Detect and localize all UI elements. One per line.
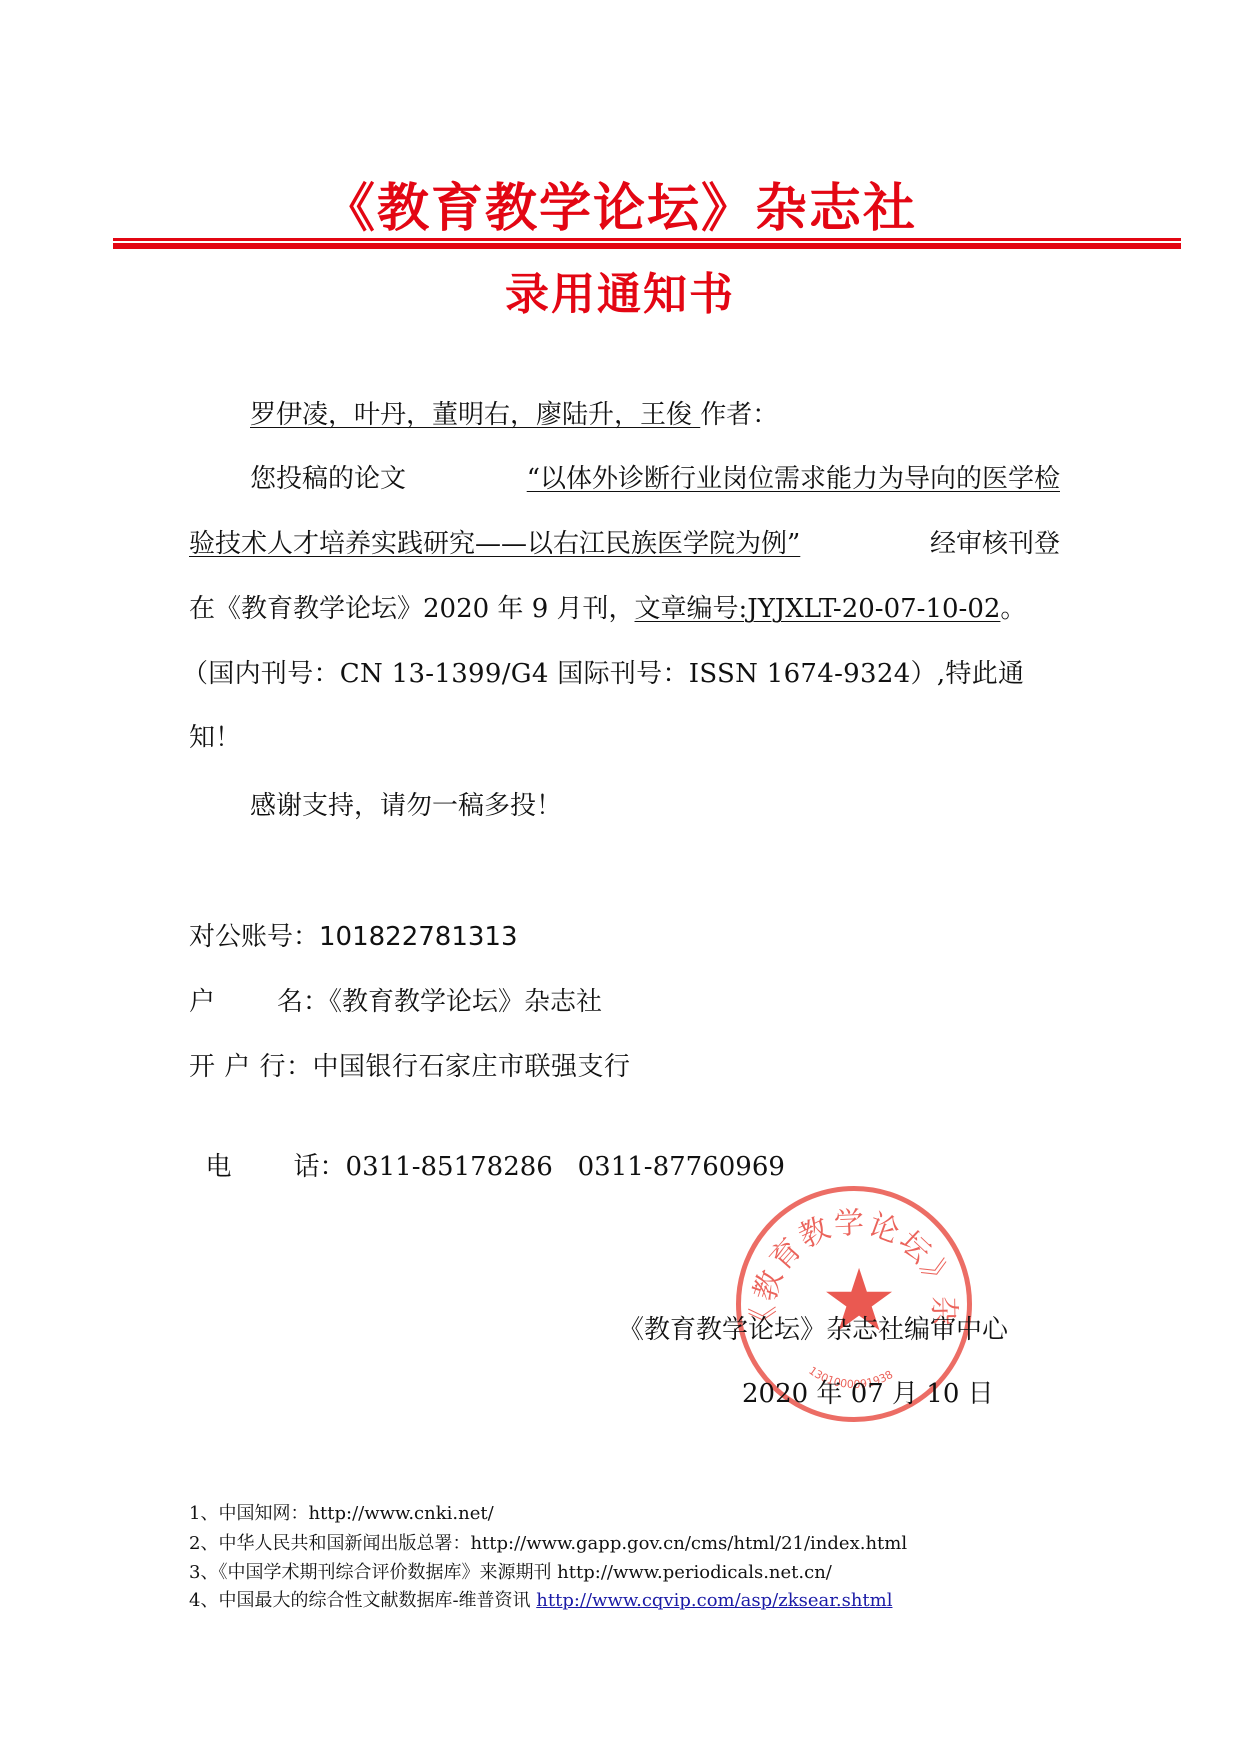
signature-date: 2020 年 07 月 10 日 xyxy=(742,1377,994,1411)
authors: 罗伊凌，叶丹，董明右，廖陆升，王俊 xyxy=(250,400,692,430)
publish-suffix: 。 xyxy=(1000,594,1026,624)
notice-title: 录用通知书 xyxy=(0,258,1240,322)
para1-line1: 您投稿的论文 “以体外诊断行业岗位需求能力为导向的医学检 xyxy=(250,462,1060,496)
issn-line-end: 知！ xyxy=(189,721,241,755)
account-name-value: 《教育教学论坛》杂志社 xyxy=(329,987,602,1017)
bank-row: 开 户 行：中国银行石家庄市联强支行 xyxy=(189,1050,631,1084)
header-rule-thick xyxy=(113,243,1181,249)
paper-title-line1: “以体外诊断行业岗位需求能力为导向的医学检 xyxy=(519,462,1060,496)
bank-label: 开 户 行： xyxy=(189,1052,313,1082)
account-name-label-1: 户 xyxy=(189,985,277,1019)
thanks-line: 感谢支持，请勿一稿多投！ xyxy=(250,789,562,823)
issn-line: （国内刊号：CN 13-1399/G4 国际刊号：ISSN 1674-9324）… xyxy=(182,657,1060,691)
account-name-label-2: 名： xyxy=(277,987,329,1017)
footnote-2: 2、中华人民共和国新闻出版总署：http://www.gapp.gov.cn/c… xyxy=(189,1532,907,1556)
bank-value: 中国银行石家庄市联强支行 xyxy=(313,1052,631,1082)
para1-line2: 验技术人才培养实践研究——以右江民族医学院为例” 经审核刊登 xyxy=(189,527,1060,561)
footnote-1-url: http://www.cnki.net/ xyxy=(308,1503,493,1524)
footnote-3-url: http://www.periodicals.net.cn/ xyxy=(557,1562,832,1583)
paper-title-line2: 验技术人才培养实践研究——以右江民族医学院为例” xyxy=(189,527,824,561)
footnote-2-url: http://www.gapp.gov.cn/cms/html/21/index… xyxy=(470,1533,907,1554)
para1-prefix: 您投稿的论文 xyxy=(250,462,406,496)
footnote-3: 3、《中国学术期刊综合评价数据库》来源期刊 http://www.periodi… xyxy=(189,1561,832,1585)
article-number: 文章编号:JYJXLT-20-07-10-02 xyxy=(635,594,1001,624)
phone-label-2: 话： xyxy=(294,1152,346,1182)
footnote-2-label: 2、中华人民共和国新闻出版总署： xyxy=(189,1533,470,1554)
para1-after-title: 经审核刊登 xyxy=(930,527,1060,561)
footnote-3-label: 3、《中国学术期刊综合评价数据库》来源期刊 xyxy=(189,1562,557,1583)
signature-org: 《教育教学论坛》杂志社编审中心 xyxy=(618,1313,1008,1347)
account-label: 对公账号： xyxy=(189,922,319,952)
journal-title: 《教育教学论坛》杂志社 xyxy=(0,166,1240,241)
account-value: 101822781313 xyxy=(319,922,518,952)
footnote-4: 4、中国最大的综合性文献数据库-维普资讯 http://www.cqvip.co… xyxy=(189,1589,892,1613)
footnote-1-label: 1、中国知网： xyxy=(189,1503,308,1524)
publish-line: 在《教育教学论坛》2020 年 9 月刊，文章编号:JYJXLT-20-07-1… xyxy=(189,592,1026,626)
phone-label-1: 电 xyxy=(206,1150,294,1184)
phone-row: 电话：0311-85178286 0311-87760969 xyxy=(189,1116,785,1184)
footnote-4-label: 4、中国最大的综合性文献数据库-维普资讯 xyxy=(189,1590,536,1611)
account-name-row: 户名：《教育教学论坛》杂志社 xyxy=(189,985,602,1019)
authors-suffix: 作者： xyxy=(700,400,778,430)
publish-prefix: 在《教育教学论坛》2020 年 9 月刊， xyxy=(189,594,635,624)
phone-value: 0311-85178286 0311-87760969 xyxy=(346,1152,785,1182)
authors-line: 罗伊凌，叶丹，董明右，廖陆升，王俊 作者： xyxy=(250,398,778,432)
cqvip-link[interactable]: http://www.cqvip.com/asp/zksear.shtml xyxy=(536,1590,892,1611)
header-rule-thin xyxy=(113,238,1181,241)
footnote-1: 1、中国知网：http://www.cnki.net/ xyxy=(189,1502,494,1526)
account-row: 对公账号：101822781313 xyxy=(189,920,518,954)
